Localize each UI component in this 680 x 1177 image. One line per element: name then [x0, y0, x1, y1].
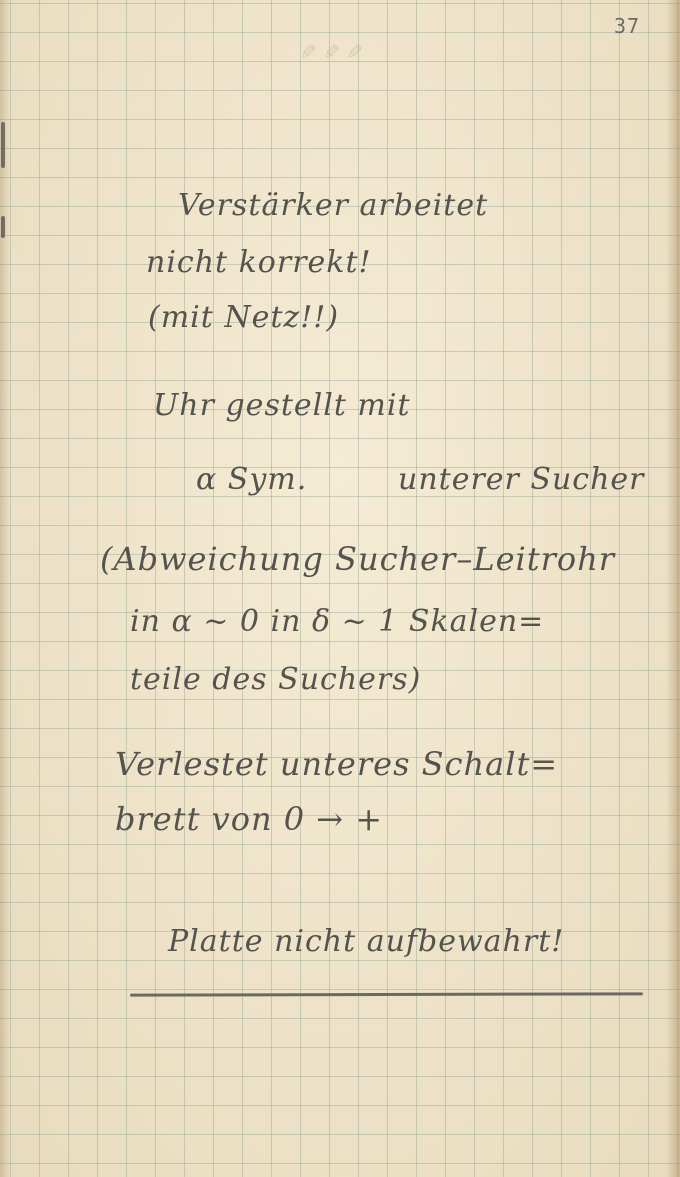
page-number: 37 [614, 14, 640, 38]
note-line: nicht korrekt! [146, 245, 372, 280]
note-line: (Abweichung Sucher–Leitrohr [100, 540, 615, 578]
margin-pencil-mark [1, 216, 5, 238]
note-line: α Sym. [196, 462, 307, 497]
margin-pencil-mark [1, 122, 5, 168]
note-line: (mit Netz!!) [148, 300, 339, 335]
note-line: Verlestet unteres Schalt= [115, 745, 558, 783]
note-line: teile des Suchers) [130, 662, 421, 697]
note-line: in α ~ 0 in δ ~ 1 Skalen= [130, 604, 544, 639]
page-left-edge-shadow [0, 0, 10, 1177]
bleed-through-text: ✎ ✎ ✎ [300, 40, 363, 64]
note-line: brett von 0 → + [115, 800, 383, 838]
note-line: unterer Sucher [398, 462, 645, 497]
notebook-page: ✎ ✎ ✎ 37 Verstärker arbeitet nicht korre… [0, 0, 680, 1177]
note-line: Platte nicht aufbewahrt! [168, 924, 564, 959]
underline-rule [130, 992, 643, 996]
note-line: Uhr gestellt mit [153, 388, 411, 423]
page-right-edge-shadow [666, 0, 680, 1177]
note-line: Verstärker arbeitet [178, 188, 488, 223]
